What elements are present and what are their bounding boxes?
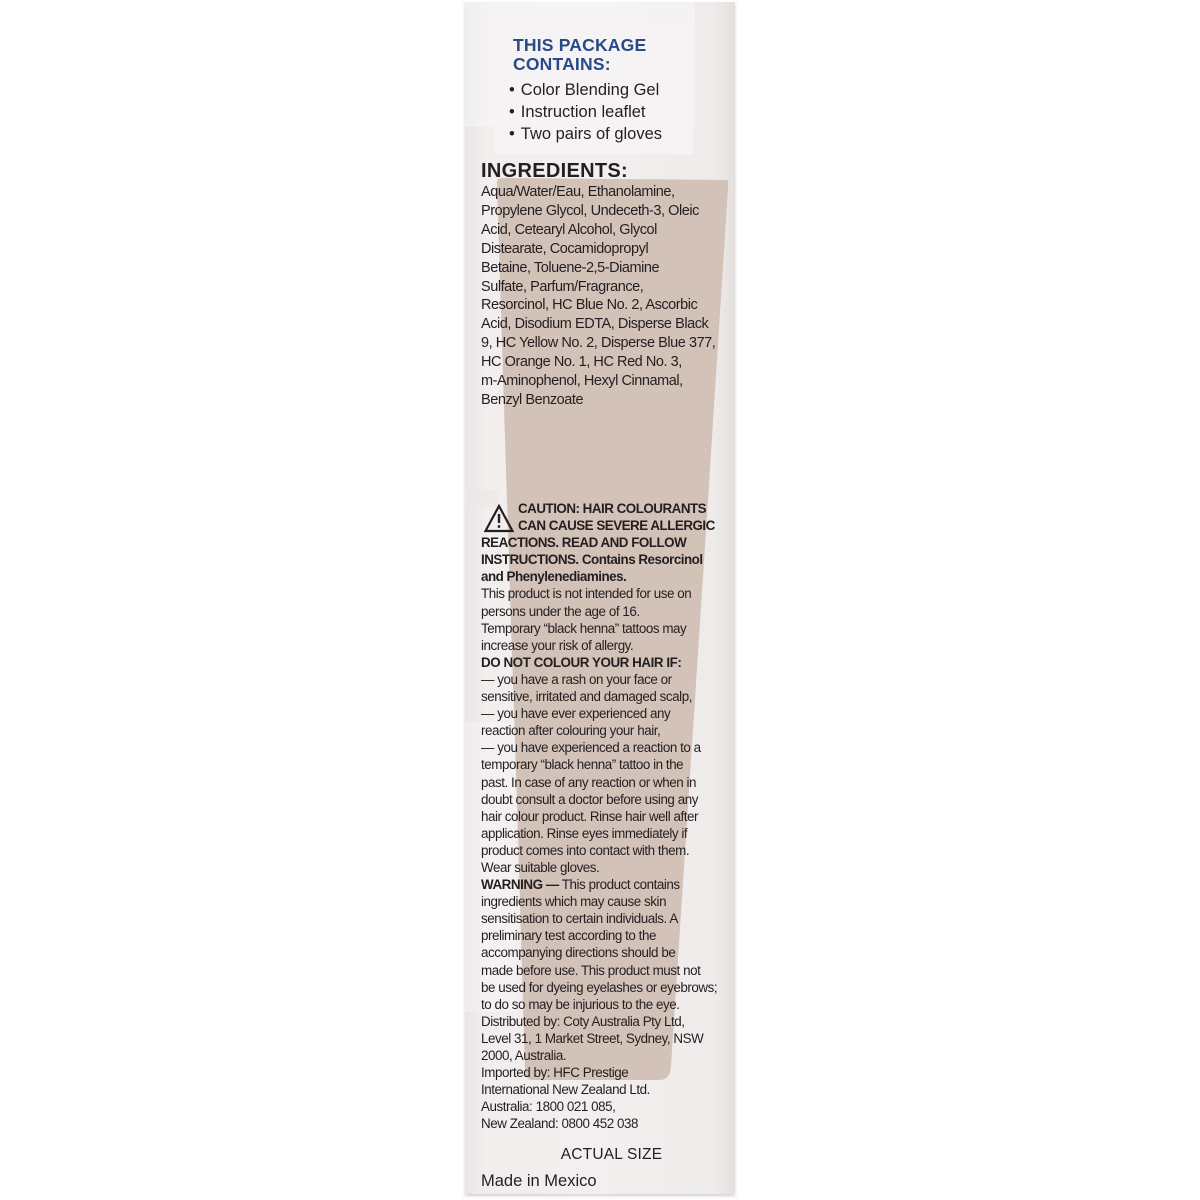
do-not-line: — you have a rash on your face or — [481, 671, 731, 688]
warning-first-line: WARNING — This product contains — [481, 876, 731, 893]
caution-heading-line: INSTRUCTIONS. Contains Resorcinol — [481, 551, 731, 568]
package-item: Instruction leaflet — [509, 101, 662, 123]
do-not-line: reaction after colouring your hair, — [481, 722, 731, 739]
warning-line: to do so may be injurious to the eye. — [481, 996, 731, 1013]
warning-section: WARNING — This product contains ingredie… — [481, 876, 731, 1013]
ingredients-line: Propylene Glycol, Undeceth-3, Oleic — [481, 202, 729, 221]
caution-heading-line: CAUTION: HAIR COLOURANTS — [481, 500, 731, 517]
product-box-side-panel: THIS PACKAGE CONTAINS: Color Blending Ge… — [465, 2, 735, 1194]
do-not-line: — you have ever experienced any — [481, 705, 731, 722]
do-not-line: past. In case of any reaction or when in — [481, 774, 731, 791]
caution-heading: CAUTION: HAIR COLOURANTS CAN CAUSE SEVER… — [481, 500, 731, 585]
country-of-origin: Made in Mexico — [481, 1171, 597, 1191]
ingredients-line: Sulfate, Parfum/Fragrance, — [481, 278, 729, 297]
ingredients-list: Aqua/Water/Eau, Ethanolamine, Propylene … — [481, 183, 729, 410]
ingredients-line: m-Aminophenol, Hexyl Cinnamal, — [481, 372, 729, 391]
warning-first-text: This product contains — [559, 877, 680, 892]
ingredients-line: Benzyl Benzoate — [481, 391, 729, 410]
caution-heading-line: and Phenylenediamines. — [481, 568, 731, 585]
distributor-line: Level 31, 1 Market Street, Sydney, NSW — [481, 1030, 731, 1047]
package-contents-list: Color Blending Gel Instruction leaflet T… — [509, 79, 662, 145]
distributor-info: Distributed by: Coty Australia Pty Ltd, … — [481, 1013, 731, 1133]
distributor-line: Distributed by: Coty Australia Pty Ltd, — [481, 1013, 731, 1030]
age-allergy-notice: This product is not intended for use on … — [481, 585, 731, 653]
ingredients-title: INGREDIENTS: — [481, 159, 628, 183]
ingredients-line: Resorcinol, HC Blue No. 2, Ascorbic — [481, 296, 729, 315]
phone-line: Australia: 1800 021 085, — [481, 1098, 731, 1115]
product-image-stage: THIS PACKAGE CONTAINS: Color Blending Ge… — [0, 0, 1200, 1200]
caution-heading-line: REACTIONS. READ AND FOLLOW — [481, 534, 731, 551]
warning-triangle-icon — [484, 504, 514, 534]
warning-label: WARNING — — [481, 877, 559, 892]
do-not-line: Wear suitable gloves. — [481, 859, 731, 876]
ingredients-line: Distearate, Cocamidopropyl — [481, 240, 729, 259]
actual-size-label: ACTUAL SIZE — [465, 1145, 735, 1165]
warning-line: made before use. This product must not — [481, 962, 731, 979]
warning-line: preliminary test according to the — [481, 927, 731, 944]
do-not-line: product comes into contact with them. — [481, 842, 731, 859]
caution-section: CAUTION: HAIR COLOURANTS CAN CAUSE SEVER… — [481, 500, 731, 1132]
notice-line: persons under the age of 16. — [481, 603, 731, 620]
caution-heading-line: CAN CAUSE SEVERE ALLERGIC — [481, 517, 731, 534]
warning-line: ingredients which may cause skin — [481, 893, 731, 910]
do-not-line: doubt consult a doctor before using any — [481, 791, 731, 808]
do-not-colour-title: DO NOT COLOUR YOUR HAIR IF: — [481, 654, 731, 671]
phone-line: New Zealand: 0800 452 038 — [481, 1115, 731, 1132]
do-not-line: sensitive, irritated and damaged scalp, — [481, 688, 731, 705]
package-item: Two pairs of gloves — [509, 123, 662, 145]
do-not-line: hair colour product. Rinse hair well aft… — [481, 808, 731, 825]
notice-line: This product is not intended for use on — [481, 585, 731, 602]
do-not-colour-section: DO NOT COLOUR YOUR HAIR IF: — you have a… — [481, 654, 731, 876]
ingredients-line: Betaine, Toluene-2,5-Diamine — [481, 259, 729, 278]
importer-line: Imported by: HFC Prestige — [481, 1064, 731, 1081]
ingredients-line: Aqua/Water/Eau, Ethanolamine, — [481, 183, 729, 202]
package-title-line: THIS PACKAGE — [513, 36, 646, 55]
ingredients-line: Acid, Disodium EDTA, Disperse Black — [481, 315, 729, 334]
do-not-line: temporary “black henna” tattoo in the — [481, 756, 731, 773]
do-not-line: application. Rinse eyes immediately if — [481, 825, 731, 842]
notice-line: Temporary “black henna” tattoos may — [481, 620, 731, 637]
warning-line: be used for dyeing eyelashes or eyebrows… — [481, 979, 731, 996]
ingredients-line: Acid, Cetearyl Alcohol, Glycol — [481, 221, 729, 240]
importer-line: International New Zealand Ltd. — [481, 1081, 731, 1098]
distributor-line: 2000, Australia. — [481, 1047, 731, 1064]
package-title-line: CONTAINS: — [513, 55, 646, 74]
notice-line: increase your risk of allergy. — [481, 637, 731, 654]
ingredients-line: 9, HC Yellow No. 2, Disperse Blue 377, — [481, 334, 729, 353]
warning-line: sensitisation to certain individuals. A — [481, 910, 731, 927]
warning-line: accompanying directions should be — [481, 944, 731, 961]
ingredients-line: HC Orange No. 1, HC Red No. 3, — [481, 353, 729, 372]
package-contents-title: THIS PACKAGE CONTAINS: — [513, 36, 646, 74]
do-not-line: — you have experienced a reaction to a — [481, 739, 731, 756]
package-item: Color Blending Gel — [509, 79, 662, 101]
